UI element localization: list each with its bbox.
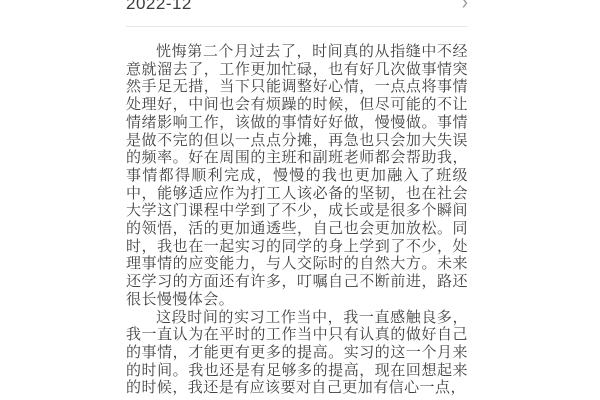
diary-paragraph: 这段时间的实习工作当中，我一直感触良多，我一直认为在平时的工作当中只有认真的做好… (126, 309, 468, 398)
diary-paragraph: 恍悔第二个月过去了，时间真的从指缝中不经意就溜去了，工作更加忙碌，也有好几次做事… (126, 43, 468, 309)
diary-entry-panel: 2022-12 › 恍悔第二个月过去了，时间真的从指缝中不经意就溜去了，工作更加… (126, 0, 468, 400)
header-divider (126, 26, 468, 27)
chevron-right-icon[interactable]: › (462, 0, 468, 13)
diary-article: 恍悔第二个月过去了，时间真的从指缝中不经意就溜去了，工作更加忙碌，也有好几次做事… (126, 43, 468, 397)
entry-header[interactable]: 2022-12 › (126, 0, 468, 14)
entry-date: 2022-12 (126, 0, 192, 14)
